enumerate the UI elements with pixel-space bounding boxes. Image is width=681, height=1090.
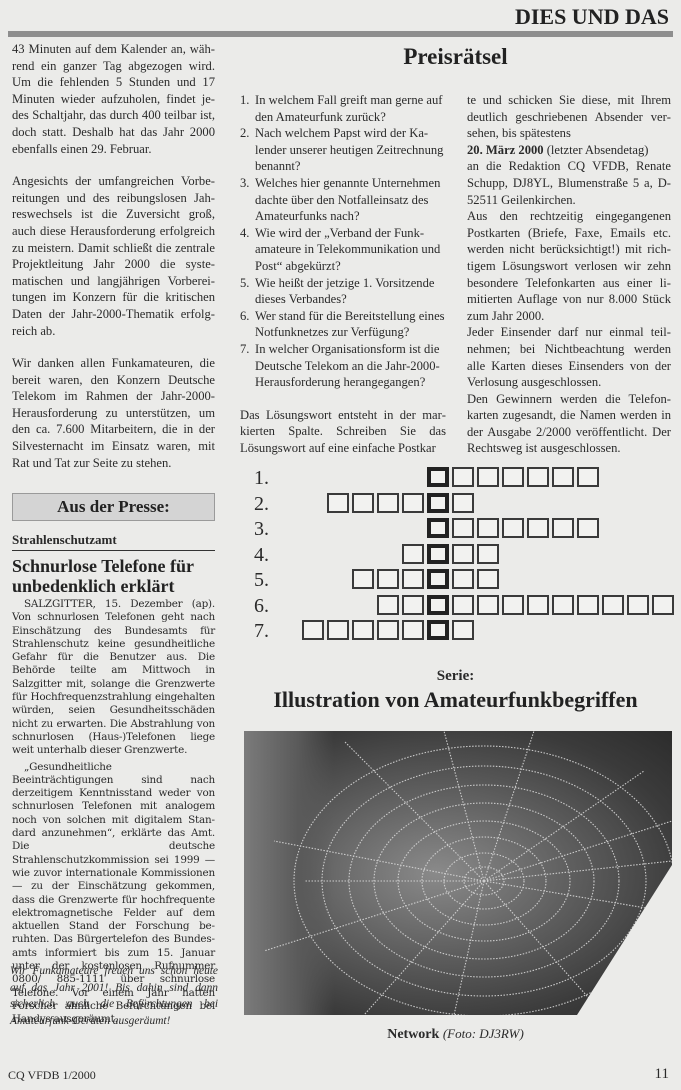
question-number: 5.	[240, 275, 249, 292]
solution-letter-box[interactable]	[427, 620, 449, 640]
answer-boxes	[427, 518, 599, 538]
letter-box[interactable]	[402, 569, 424, 589]
solution-letter-box[interactable]	[427, 569, 449, 589]
spider-web-photo	[244, 731, 672, 1015]
letter-box[interactable]	[577, 518, 599, 538]
letter-box[interactable]	[452, 620, 474, 640]
paragraph: Aus den rechtzeitig eingegangenen Postka…	[467, 208, 671, 324]
question-number: 7.	[240, 341, 249, 358]
question-text: In welchem Fall greift man gerne auf den…	[255, 93, 442, 124]
question-text: Wie heißt der jetzige 1. Vorsitzende die…	[255, 276, 434, 307]
letter-box[interactable]	[502, 595, 524, 615]
press-section-box: Aus der Presse:	[12, 493, 215, 521]
letter-box[interactable]	[377, 595, 399, 615]
paragraph: an die Redaktion CQ VFDB, Renate Schupp,…	[467, 158, 671, 208]
letter-box[interactable]	[477, 569, 499, 589]
letter-box[interactable]	[352, 493, 374, 513]
caption-title: Network	[387, 1027, 439, 1042]
letter-box[interactable]	[452, 467, 474, 487]
series-title: Illustration von Amateurfunkbegriffen	[240, 687, 671, 713]
question-item: 6.Wer stand für die Bereitstellung ei­ne…	[240, 308, 446, 341]
question-list: 1.In welchem Fall greift man gerne auf d…	[240, 92, 446, 391]
question-item: 3.Welches hier genannte Unternehmen dach…	[240, 175, 446, 225]
letter-box[interactable]	[577, 595, 599, 615]
grid-row-number: 2.	[254, 492, 269, 516]
question-number: 1.	[240, 92, 249, 109]
question-text: Wer stand für die Bereitstellung ei­nes …	[255, 309, 445, 340]
letter-box[interactable]	[402, 620, 424, 640]
question-item: 5.Wie heißt der jetzige 1. Vorsitzende d…	[240, 275, 446, 308]
paragraph: Den Gewinnern werden die Telefon­karten …	[467, 391, 671, 457]
header-rule	[8, 31, 673, 37]
letter-box[interactable]	[627, 595, 649, 615]
letter-box[interactable]	[377, 620, 399, 640]
page-number: 11	[655, 1066, 669, 1083]
grid-row-number: 5.	[254, 568, 269, 592]
letter-box[interactable]	[377, 569, 399, 589]
paragraph: te und schicken Sie diese, mit Ihrem deu…	[467, 92, 671, 142]
paragraph: 43 Minuten auf dem Kalender an, wäh­rend…	[12, 41, 215, 157]
letter-box[interactable]	[352, 620, 374, 640]
letter-box[interactable]	[327, 493, 349, 513]
grid-row-number: 3.	[254, 517, 269, 541]
question-text: In welcher Organisationsform ist die Deu…	[255, 342, 440, 389]
section-title: DIES UND DAS	[515, 4, 669, 30]
photo-corner-cut	[577, 865, 672, 1015]
caption-credit: (Foto: DJ3RW)	[443, 1026, 524, 1041]
letter-box[interactable]	[327, 620, 349, 640]
answer-boxes	[327, 493, 474, 513]
letter-box[interactable]	[452, 595, 474, 615]
letter-box[interactable]	[577, 467, 599, 487]
issue-label: CQ VFDB 1/2000	[8, 1068, 96, 1083]
letter-box[interactable]	[502, 467, 524, 487]
solution-letter-box[interactable]	[427, 518, 449, 538]
puzzle-title: Preisrätsel	[240, 44, 671, 70]
answer-boxes	[377, 595, 674, 615]
letter-box[interactable]	[552, 467, 574, 487]
letter-box[interactable]	[402, 544, 424, 564]
letter-box[interactable]	[652, 595, 674, 615]
paragraph: Jeder Einsender darf nur einmal teil­neh…	[467, 324, 671, 390]
press-paragraph: SALZGITTER, 15. Dezember (ap). Von schnu…	[12, 598, 215, 758]
letter-box[interactable]	[302, 620, 324, 640]
letter-box[interactable]	[452, 493, 474, 513]
question-item: 4.Wie wird der „Verband der Funk­amateur…	[240, 225, 446, 275]
question-item: 1.In welchem Fall greift man gerne auf d…	[240, 92, 446, 125]
question-text: Welches hier genannte Unternehmen dachte…	[255, 176, 440, 223]
puzzle-instructions: Das Lösungswort entsteht in der mar­kier…	[240, 407, 446, 457]
letter-box[interactable]	[377, 493, 399, 513]
deadline-date: 20. März 2000	[467, 143, 544, 157]
letter-box[interactable]	[477, 467, 499, 487]
solution-letter-box[interactable]	[427, 595, 449, 615]
question-item: 2.Nach welchem Papst wird der Ka­lender …	[240, 125, 446, 175]
letter-box[interactable]	[477, 595, 499, 615]
puzzle-questions-column: 1.In welchem Fall greift man gerne auf d…	[240, 92, 446, 456]
question-text: Nach welchem Papst wird der Ka­lender un…	[255, 126, 443, 173]
letter-box[interactable]	[452, 518, 474, 538]
question-number: 6.	[240, 308, 249, 325]
deadline-note: (letzter Absendetag)	[544, 143, 649, 157]
solution-letter-box[interactable]	[427, 467, 449, 487]
press-outro-note: Wir Funkamateure freuen uns schon heute …	[10, 963, 218, 1029]
letter-box[interactable]	[552, 595, 574, 615]
letter-box[interactable]	[452, 544, 474, 564]
grid-row-number: 7.	[254, 619, 269, 643]
series-label: Serie:	[240, 668, 671, 685]
grid-row-number: 1.	[254, 466, 269, 490]
answer-boxes	[427, 467, 599, 487]
question-text: Wie wird der „Verband der Funk­amateure …	[255, 226, 440, 273]
letter-box[interactable]	[527, 467, 549, 487]
letter-box[interactable]	[602, 595, 624, 615]
grid-row-number: 4.	[254, 543, 269, 567]
question-number: 4.	[240, 225, 249, 242]
answer-boxes	[402, 544, 499, 564]
letter-box[interactable]	[527, 518, 549, 538]
question-item: 7.In welcher Organisationsform ist die D…	[240, 341, 446, 391]
press-headline: Schnurlose Telefone für unbedenklich erk…	[12, 556, 222, 596]
paragraph: Angesichts der umfangreichen Vorbe­reitu…	[12, 173, 215, 339]
letter-box[interactable]	[477, 544, 499, 564]
letter-box[interactable]	[452, 569, 474, 589]
left-column: 43 Minuten auf dem Kalender an, wäh­rend…	[12, 41, 215, 471]
paragraph: Wir danken allen Funkamateuren, die bere…	[12, 355, 215, 471]
letter-box[interactable]	[527, 595, 549, 615]
letter-box[interactable]	[477, 518, 499, 538]
puzzle-rules-column: te und schicken Sie diese, mit Ihrem deu…	[467, 92, 671, 457]
photo-caption: Network (Foto: DJ3RW)	[240, 1026, 671, 1043]
letter-box[interactable]	[552, 518, 574, 538]
answer-boxes	[302, 620, 474, 640]
letter-box[interactable]	[402, 493, 424, 513]
letter-box[interactable]	[402, 595, 424, 615]
answer-boxes	[352, 569, 499, 589]
deadline-line: 20. März 2000 (letzter Absendetag)	[467, 142, 671, 159]
solution-letter-box[interactable]	[427, 544, 449, 564]
letter-box[interactable]	[502, 518, 524, 538]
question-number: 2.	[240, 125, 249, 142]
question-number: 3.	[240, 175, 249, 192]
solution-letter-box[interactable]	[427, 493, 449, 513]
press-kicker: Strahlenschutzamt	[12, 532, 215, 551]
grid-row-number: 6.	[254, 594, 269, 618]
letter-box[interactable]	[352, 569, 374, 589]
